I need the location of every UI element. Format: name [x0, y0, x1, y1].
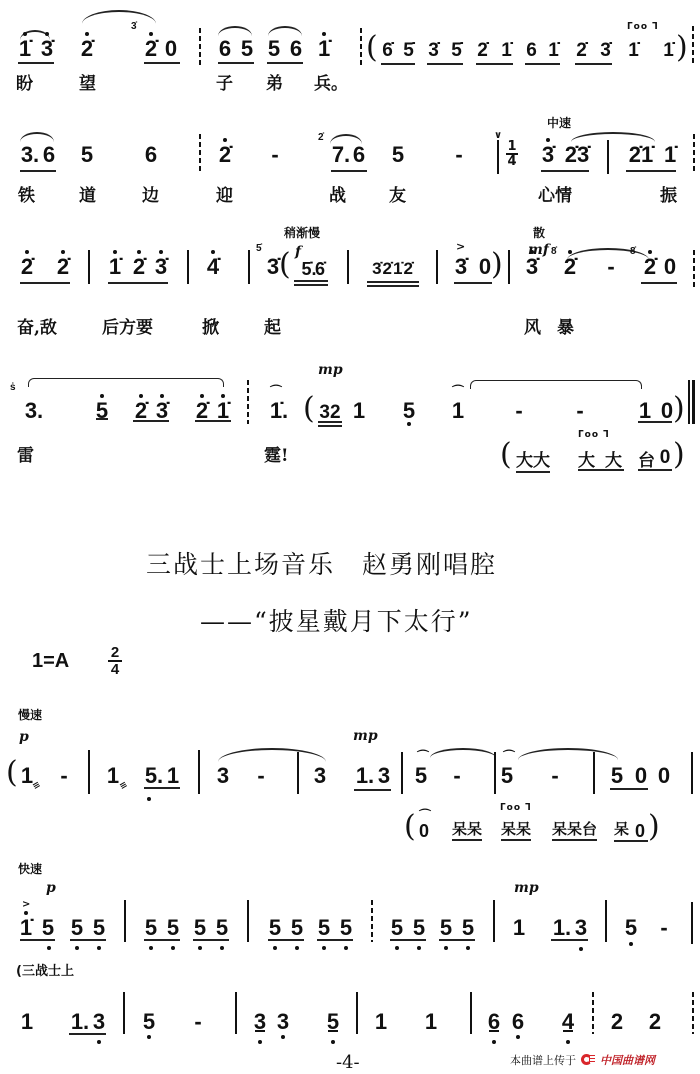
percussion-syllable: 大大: [516, 446, 550, 473]
note: 5: [390, 917, 404, 939]
note: 2̇3̇: [562, 144, 592, 166]
percussion-syllable: 呆: [614, 818, 629, 839]
note: 5̇: [450, 40, 463, 62]
note: 5.: [142, 765, 166, 787]
percussion-syllable: 呆呆台: [552, 818, 597, 841]
underline: [578, 469, 624, 471]
barline: [124, 900, 126, 942]
low-octave-dot: [281, 1035, 285, 1039]
note: 2: [648, 1011, 662, 1033]
note: 5: [317, 917, 331, 939]
underline: [610, 788, 648, 790]
open-paren: (: [366, 33, 378, 63]
fermata-icon: ⌒: [417, 747, 429, 764]
note: 3̇: [525, 256, 539, 278]
note: 3̇: [541, 144, 555, 166]
fermata-icon: ⌒: [270, 382, 282, 399]
low-octave-dot: [566, 1040, 570, 1044]
note: 6: [352, 144, 366, 166]
low-octave-dot: [147, 797, 151, 801]
grace-note: ṡ: [10, 383, 16, 393]
underline: [354, 789, 391, 791]
low-octave-dot: [466, 946, 470, 950]
note: 5: [414, 765, 428, 787]
note: 1: [638, 400, 652, 422]
dynamic-marking: mp: [353, 728, 378, 744]
underline: [133, 420, 169, 422]
note: 6̇: [381, 40, 394, 62]
grace-note: 5̇: [256, 244, 262, 254]
note-group: 3̇2̇1̇2̇: [366, 258, 420, 280]
grace-note: 8̇: [551, 247, 557, 257]
low-octave-dot: [47, 946, 51, 950]
note: 1: [451, 400, 465, 422]
note: 5: [439, 917, 453, 939]
grace-note: 2̇: [318, 133, 324, 143]
site-logo-icon: [581, 1054, 595, 1066]
barline: [88, 250, 90, 284]
open-paren: (: [279, 250, 291, 280]
key-signature: 1=A: [32, 650, 69, 673]
note: 2̇: [132, 256, 146, 278]
note: 0: [164, 38, 178, 60]
low-octave-dot: [417, 946, 421, 950]
fermata-icon: ⌒: [503, 747, 515, 764]
low-octave-dot: [331, 1040, 335, 1044]
underline: [476, 63, 513, 65]
octave-dot: [223, 138, 227, 142]
tempo-marking: 慢速: [18, 706, 42, 723]
octave-dot: [159, 250, 163, 254]
low-octave-dot: [629, 942, 633, 946]
accent-mark: >: [22, 899, 30, 910]
note: 2̇: [218, 144, 232, 166]
note: 7.: [330, 144, 352, 166]
lyric: 弟: [266, 74, 283, 94]
note: 2̇: [575, 40, 588, 62]
slur: [518, 748, 618, 760]
barline: [605, 900, 607, 942]
note: 0: [478, 256, 492, 278]
note: 1̇: [662, 40, 675, 62]
underline: [318, 421, 342, 423]
note: -: [573, 400, 587, 422]
lyric: 振: [660, 186, 677, 206]
note: 3̇: [266, 256, 280, 278]
underline: [614, 840, 648, 842]
underline: [454, 282, 492, 284]
note: 2̇: [80, 38, 94, 60]
note: 5: [290, 917, 304, 939]
note: 5̇: [402, 40, 415, 62]
note: -: [57, 765, 71, 787]
time-sig-top: 2: [108, 645, 122, 660]
note: -: [604, 256, 618, 278]
page-number: -4-: [336, 1054, 360, 1072]
site-name[interactable]: 中国曲谱网: [600, 1052, 655, 1068]
stage-cue: (三战士上: [16, 960, 74, 979]
dynamic-marking: p: [46, 880, 56, 896]
tenuto-mark: [255, 1030, 265, 1032]
lyric: 铁: [18, 186, 35, 206]
phrase-slur: [470, 380, 642, 389]
barline: [470, 992, 472, 1034]
octave-dot: [546, 138, 550, 142]
percussion-syllable: 台: [638, 446, 655, 471]
note: 5: [142, 1011, 156, 1033]
note: 1: [352, 400, 366, 422]
percussion-bracket: ᒥoo ᒣ: [500, 803, 532, 813]
note: 5: [461, 917, 475, 939]
low-octave-dot: [322, 946, 326, 950]
tempo-marking: 中速: [547, 114, 571, 131]
underline: [318, 425, 342, 427]
tempo-marking: 稍渐慢: [284, 224, 320, 241]
close-paren: ): [673, 394, 685, 424]
note: 3̇: [155, 400, 169, 422]
slur: [268, 26, 302, 36]
note: 3̇: [599, 40, 612, 62]
note: 1: [20, 1011, 34, 1033]
note: 0: [657, 765, 671, 787]
note: 5: [268, 917, 282, 939]
underline: [390, 939, 426, 941]
tempo-marking: 快速: [18, 860, 42, 877]
octave-dot: [160, 394, 164, 398]
underline: [96, 418, 108, 420]
note: 5: [92, 917, 106, 939]
octave-dot: [85, 32, 89, 36]
note: 0: [659, 447, 671, 469]
octave-dot: [322, 32, 326, 36]
note: 5: [610, 765, 624, 787]
lyric: 边: [142, 186, 159, 206]
underline: [69, 1033, 106, 1035]
barline: [347, 250, 349, 284]
lyric: 雷: [17, 446, 34, 466]
dashed-barline: [592, 992, 594, 1034]
note: 2̇1̇: [626, 144, 656, 166]
note: 2̇: [134, 400, 148, 422]
note: 3: [216, 765, 230, 787]
note: 3̇: [427, 40, 440, 62]
barline: [494, 752, 496, 794]
note: 1: [512, 917, 526, 939]
open-paren: (: [404, 812, 416, 842]
note: 1.: [68, 1011, 92, 1033]
underline: [268, 939, 304, 941]
note: 0: [660, 400, 674, 422]
lyric: 心情: [538, 186, 572, 206]
dynamic-marking: mp: [318, 362, 343, 378]
dashed-barline: [199, 28, 201, 66]
underline: [108, 282, 168, 284]
note: 2̇: [144, 38, 158, 60]
note: 5: [412, 917, 426, 939]
lyric: 暴: [557, 318, 574, 338]
underline: [144, 787, 180, 789]
lyric: 望: [79, 74, 96, 94]
note: 5: [41, 917, 55, 939]
section-subtitle: ——“披星戴月下太行”: [200, 602, 473, 638]
octave-dot: [200, 394, 204, 398]
underline: [70, 939, 106, 941]
low-octave-dot: [97, 946, 101, 950]
note: 3: [276, 1011, 290, 1033]
barline: [508, 250, 510, 284]
barline: [187, 250, 189, 284]
barline: [123, 992, 125, 1034]
time-sig-bottom: 4: [506, 153, 518, 168]
underline: [641, 282, 677, 284]
low-octave-dot: [579, 947, 583, 951]
low-octave-dot: [147, 1035, 151, 1039]
note: 3.: [18, 144, 42, 166]
grace-note: 8̇: [630, 247, 636, 257]
underline: [195, 420, 231, 422]
low-octave-dot: [273, 946, 277, 950]
note: 5: [402, 400, 416, 422]
note: 3̇: [154, 256, 168, 278]
note: 6: [218, 38, 232, 60]
note: 4̇: [206, 256, 220, 278]
underline: [20, 170, 56, 172]
underline: [541, 170, 589, 172]
dashed-barline: [199, 134, 201, 174]
lyric: 子: [216, 74, 233, 94]
lyric: 迎: [216, 186, 233, 206]
barline: [401, 752, 403, 794]
note: 1.: [550, 917, 574, 939]
lyric: 后方要: [102, 318, 153, 338]
open-paren: (: [303, 394, 315, 424]
underline: [381, 63, 415, 65]
note: 1̇: [216, 400, 230, 422]
time-sig-top: 1: [506, 140, 518, 153]
tremolo-mark: ≡: [31, 780, 43, 792]
lyric: 兵。: [314, 74, 348, 94]
note: 5: [500, 765, 514, 787]
note: 0: [634, 820, 646, 842]
slur: [218, 26, 252, 36]
slur: [430, 748, 496, 758]
low-octave-dot: [198, 946, 202, 950]
dashed-barline: [692, 26, 694, 66]
low-octave-dot: [395, 946, 399, 950]
note: -: [512, 400, 526, 422]
low-octave-dot: [171, 946, 175, 950]
octave-dot: [113, 250, 117, 254]
close-paren: ): [648, 812, 660, 842]
octave-dot: [45, 32, 49, 36]
underline: [551, 939, 588, 941]
lyric: 道: [79, 186, 96, 206]
underline: [18, 62, 54, 64]
percussion-syllable: 呆呆: [501, 818, 531, 841]
note: -: [254, 765, 268, 787]
underline: [218, 62, 254, 64]
tenuto-mark: [563, 1030, 573, 1032]
note: -: [268, 144, 282, 166]
note: 6̇: [310, 258, 330, 280]
lyric: 奋,敌: [17, 318, 57, 338]
tie: [82, 10, 156, 24]
note: 2̇: [563, 256, 577, 278]
low-octave-dot: [444, 946, 448, 950]
note: 5: [193, 917, 207, 939]
note: 1̇: [500, 40, 513, 62]
open-paren: (: [6, 758, 18, 788]
note: 2̇: [56, 256, 70, 278]
note: 6: [289, 38, 303, 60]
octave-dot: [23, 32, 27, 36]
note: 0: [663, 256, 677, 278]
close-paren: ): [491, 250, 503, 280]
underline: [367, 285, 419, 287]
barline: [88, 750, 90, 794]
note: 5: [391, 144, 405, 166]
tempo-marking: 散: [533, 224, 545, 241]
octave-dot: [24, 911, 28, 915]
note: 1̇: [18, 38, 32, 60]
octave-dot: [149, 32, 153, 36]
note: 3: [92, 1011, 106, 1033]
tie: [218, 748, 326, 762]
accent-mark: >: [456, 240, 465, 253]
low-octave-dot: [258, 1040, 262, 1044]
octave-dot: [139, 394, 143, 398]
section-title: 三战士上场音乐 赵勇刚唱腔: [146, 545, 497, 581]
underline: [638, 469, 672, 471]
note: 3.: [22, 400, 46, 422]
underline: [294, 280, 328, 282]
dashed-barline: [247, 380, 249, 424]
underline: [144, 939, 180, 941]
underline: [193, 939, 229, 941]
tremolo-mark: ≡: [118, 780, 130, 792]
barline: [297, 752, 299, 794]
percussion-bracket: ᒥoo ᒣ: [627, 22, 659, 32]
underline: [20, 939, 55, 941]
final-barline: [688, 380, 695, 424]
note: 5: [215, 917, 229, 939]
barline: [235, 992, 237, 1034]
underline: [144, 62, 180, 64]
barline: [248, 250, 250, 284]
note: 1̇: [627, 40, 640, 62]
octave-dot: [100, 394, 104, 398]
note: 6: [525, 40, 538, 62]
note: 2̇: [643, 256, 657, 278]
note: 1̇: [547, 40, 560, 62]
note: 3: [377, 765, 391, 787]
percussion-syllable: 大: [605, 446, 622, 471]
watermark-text: 本曲谱上传于: [510, 1052, 576, 1068]
note: 3: [313, 765, 327, 787]
note: 5: [624, 917, 638, 939]
barline: [607, 140, 609, 174]
low-octave-dot: [97, 1040, 101, 1044]
note: 1: [424, 1011, 438, 1033]
note: 1̇.: [267, 400, 291, 422]
underline: [317, 939, 353, 941]
note: 5: [80, 144, 94, 166]
note: -: [450, 765, 464, 787]
low-octave-dot: [516, 1035, 520, 1039]
note: 1̇: [19, 917, 33, 939]
dashed-barline: [360, 28, 362, 68]
barline: [691, 752, 693, 794]
phrase-slur: [28, 378, 224, 387]
low-octave-dot: [407, 422, 411, 426]
slur: [20, 132, 54, 142]
octave-dot: [568, 250, 572, 254]
note: 5: [339, 917, 353, 939]
note: 1̇: [664, 144, 676, 166]
note: 5: [70, 917, 84, 939]
note: 2̇: [476, 40, 489, 62]
low-octave-dot: [492, 1040, 496, 1044]
octave-dot: [648, 250, 652, 254]
barline: [198, 750, 200, 794]
watermark: 本曲谱上传于 中国曲谱网: [510, 1052, 655, 1068]
note: 3̇: [454, 256, 468, 278]
underline: [439, 939, 475, 941]
underline: [427, 63, 463, 65]
note: 6: [42, 144, 56, 166]
low-octave-dot: [295, 946, 299, 950]
tenuto-mark: [489, 1030, 499, 1032]
note: 5: [267, 38, 281, 60]
note: 6: [144, 144, 158, 166]
barline: [356, 992, 358, 1034]
underline: [20, 282, 70, 284]
lyric: 霆!: [264, 446, 288, 466]
low-octave-dot: [220, 946, 224, 950]
time-signature: 2 4: [108, 645, 122, 677]
dynamic-marking: p: [19, 729, 29, 745]
note: 1: [374, 1011, 388, 1033]
lyric: 掀: [202, 318, 219, 338]
note: 5: [240, 38, 254, 60]
lyric: 盼: [16, 74, 33, 94]
octave-dot: [211, 250, 215, 254]
percussion-syllable: 呆呆: [452, 818, 482, 841]
note: -: [191, 1011, 205, 1033]
dashed-barline: [692, 992, 694, 1034]
barline: [593, 752, 595, 794]
lyric: 友: [389, 186, 406, 206]
grace-note: 3̇: [131, 22, 137, 32]
note: 5: [166, 917, 180, 939]
note: 1: [166, 765, 180, 787]
note: 5: [144, 917, 158, 939]
barline: [497, 140, 499, 174]
fermata-icon: ⌒: [452, 382, 464, 399]
note: 3̇: [40, 38, 54, 60]
underline: [331, 170, 367, 172]
note: 2̇: [20, 256, 34, 278]
dynamic-marking: mp: [514, 880, 539, 896]
low-octave-dot: [344, 946, 348, 950]
note: 2̇: [195, 400, 209, 422]
underline: [626, 170, 676, 172]
octave-dot: [25, 250, 29, 254]
note: 1̇: [318, 38, 330, 60]
note: 1.: [353, 765, 377, 787]
note: 0: [634, 765, 648, 787]
barline: [436, 250, 438, 284]
